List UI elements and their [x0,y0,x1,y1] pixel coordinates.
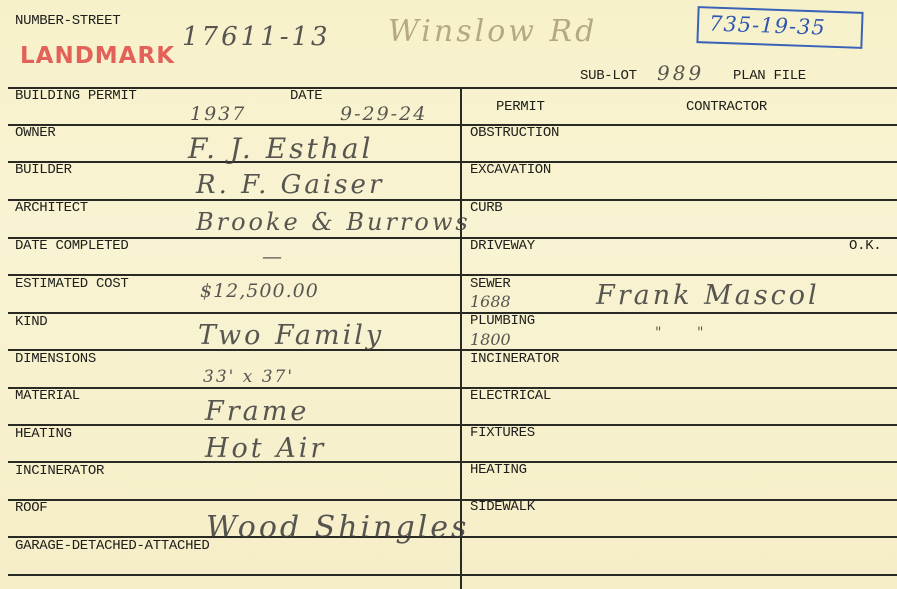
address-number: 17611-13 [182,22,331,52]
divider [8,161,897,163]
divider [8,387,897,389]
divider [8,574,897,576]
roof-label: ROOF [15,500,47,516]
dimensions-label: DIMENSIONS [15,351,96,367]
garage-label: GARAGE-DETACHED-ATTACHED [15,538,209,554]
plumbing-contractor: " " [655,325,703,341]
owner-label: OWNER [15,125,56,141]
incinerator-permit-label: INCINERATOR [470,351,559,367]
building-permit-card: NUMBER-STREET LANDMARK 17611-13 Winslow … [0,0,897,589]
heating-label: HEATING [15,426,72,442]
material-value: Frame [205,396,309,427]
plan-file-label: PLAN FILE [733,68,806,84]
sewer-contractor: Frank Mascol [596,280,820,311]
electrical-label: ELECTRICAL [470,388,551,404]
heating-permit-label: HEATING [470,462,527,478]
owner-value: F. J. Esthal [188,132,373,165]
permit-date: 9-29-24 [340,103,427,125]
divider [8,424,897,426]
divider [8,349,897,351]
sub-lot-label: SUB-LOT [580,68,637,84]
curb-label: CURB [470,200,502,216]
permit-number: 1937 [190,103,246,125]
excavation-label: EXCAVATION [470,162,551,178]
driveway-status: O.K. [849,238,881,254]
divider [8,237,897,239]
fixtures-label: FIXTURES [470,425,535,441]
roof-value: Wood Shingles [206,510,469,545]
sewer-permit: 1688 [470,292,511,311]
architect-label: ARCHITECT [15,200,88,216]
kind-label: KIND [15,314,47,330]
building-permit-label: BUILDING PERMIT [15,88,137,104]
divider [8,499,897,501]
plumbing-permit: 1800 [470,330,511,349]
builder-value: R. F. Gaiser [196,170,384,200]
plumbing-label: PLUMBING [470,313,535,329]
dimensions-value: 33' x 37' [203,367,294,387]
divider [8,312,897,314]
street-name: Winslow Rd [388,14,597,49]
landmark-stamp: LANDMARK [20,43,175,69]
divider [8,124,897,126]
obstruction-label: OBSTRUCTION [470,125,559,141]
divider [8,199,897,201]
number-street-label: NUMBER-STREET [15,13,120,29]
date-completed-value: — [262,244,282,268]
driveway-label: DRIVEWAY [470,238,535,254]
file-number-box: 735-19-35 [696,6,863,49]
date-completed-label: DATE COMPLETED [15,238,128,254]
date-label: DATE [290,88,322,104]
divider [8,87,897,89]
contractor-header: CONTRACTOR [686,99,767,115]
divider [8,461,897,463]
kind-value: Two Family [198,320,384,351]
incinerator-label: INCINERATOR [15,463,104,479]
sidewalk-label: SIDEWALK [470,499,535,515]
permit-header: PERMIT [496,99,545,115]
sub-lot-value: 989 [657,61,704,85]
builder-label: BUILDER [15,162,72,178]
estimated-cost-label: ESTIMATED COST [15,276,128,292]
file-number: 735-19-35 [709,12,826,40]
divider [8,274,897,276]
architect-value: Brooke & Burrows [196,208,471,236]
material-label: MATERIAL [15,388,80,404]
estimated-cost-value: $12,500.00 [200,280,319,302]
heating-value: Hot Air [205,433,326,464]
sewer-label: SEWER [470,276,511,292]
